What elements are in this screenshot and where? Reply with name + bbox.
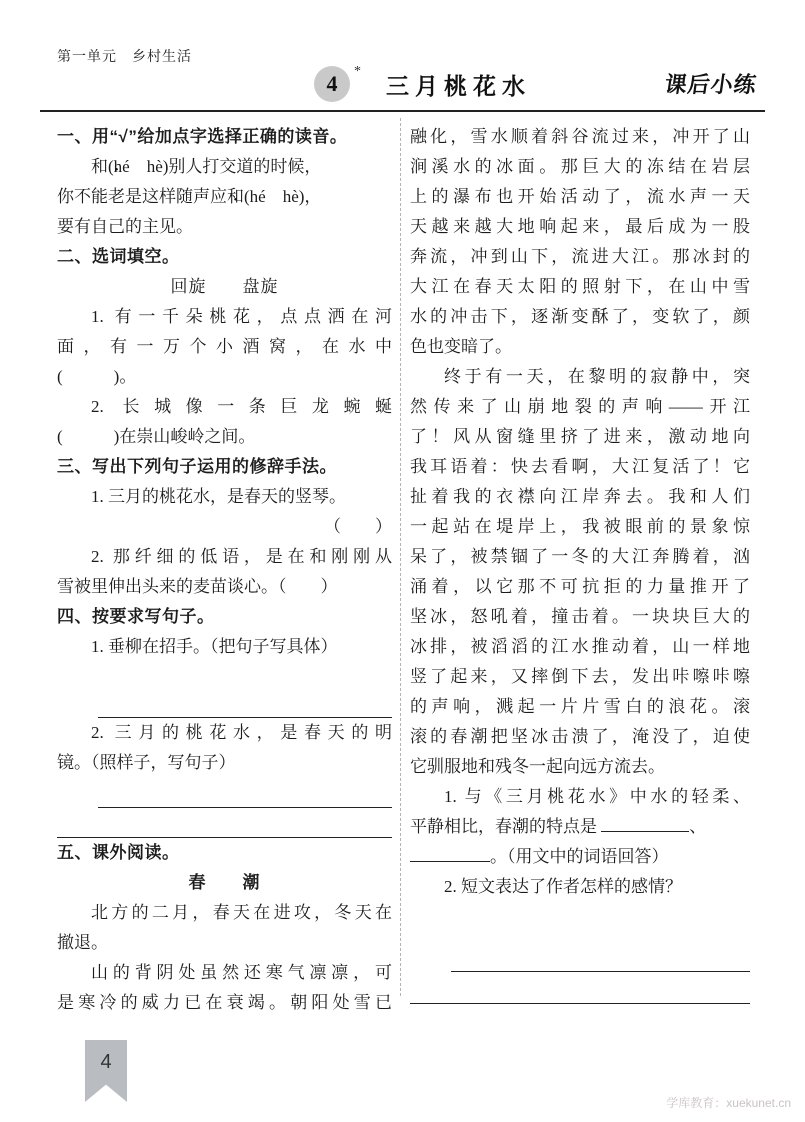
- answer-line: [98, 688, 392, 718]
- text-line: 大江在春天太阳的照射下，在山中雪: [410, 272, 750, 302]
- text-line: 和(hé hè)别人打交道的时候，: [57, 152, 392, 182]
- text-line: 2. 三月的桃花水，是春天的明: [57, 718, 392, 748]
- text-line: 五、课外阅读。: [57, 838, 392, 868]
- text-line: 竖了起来，又摔倒下去，发出咔嚓咔嚓: [410, 662, 750, 692]
- text-line: 。（用文中的词语回答）: [410, 842, 750, 872]
- text-line: 涧溪水的冰面。那巨大的冻结在岩层: [410, 152, 750, 182]
- text-line: 然传来了山崩地裂的声响——开江: [410, 392, 750, 422]
- unit-label: 第一单元 乡村生活: [57, 46, 192, 66]
- page-number-bookmark: 4: [85, 1040, 127, 1102]
- lesson-star-mark: *: [354, 64, 361, 80]
- text-line: 终于有一天，在黎明的寂静中，突: [410, 362, 750, 392]
- text-line: 融化，雪水顺着斜谷流过来，冲开了山: [410, 122, 750, 152]
- text-line: 撤退。: [57, 928, 392, 958]
- text-line: 山的背阴处虽然还寒气凛凛，可: [57, 958, 392, 988]
- watermark: 学库教育：xuekunet.cn: [666, 1094, 791, 1111]
- column-divider: [400, 118, 401, 996]
- text-line: 涌着，以它那不可抗拒的力量推开了: [410, 572, 750, 602]
- lesson-title: 三月桃花水: [386, 68, 531, 101]
- text-line: 镜。（照样子，写句子）: [57, 748, 392, 778]
- text-line: 1. 与《三月桃花水》中水的轻柔、: [410, 782, 750, 812]
- text-span: (hé hè)别人打交道的时候，: [108, 157, 321, 176]
- text-line: 雪被里伸出头来的麦苗谈心。（ ）: [57, 572, 392, 602]
- text-span: 、: [689, 817, 706, 836]
- text-line: 天越来越大地响起来，最后成为一股: [410, 212, 750, 242]
- text-span: (hé hè)，: [244, 187, 321, 206]
- lesson-header: 4 * 三月桃花水 课后小练: [0, 64, 805, 108]
- right-column: 融化，雪水顺着斜谷流过来，冲开了山涧溪水的冰面。那巨大的冻结在岩层上的瀑布也开始…: [410, 122, 750, 1004]
- text-line: 二、选词填空。: [57, 242, 392, 272]
- text-span: 。（用文中的词语回答）: [490, 847, 669, 866]
- text-line: 2. 那纤细的低语，是在和刚刚从: [57, 542, 392, 572]
- text-line: 坚冰，怒吼着，撞击着。一块块巨大的: [410, 602, 750, 632]
- inline-blank: [601, 816, 689, 832]
- text-line: 1. 三月的桃花水，是春天的竖琴。: [57, 482, 392, 512]
- text-line: 平静相比，春潮的特点是 、: [410, 812, 750, 842]
- text-line: 我耳语着：快去看啊，大江复活了！它: [410, 452, 750, 482]
- answer-line: [98, 778, 392, 808]
- answer-line: [410, 974, 750, 1004]
- text-line: 是寒冷的威力已在衰竭。朝阳处雪已: [57, 988, 392, 1018]
- text-span: 平静相比，春潮的特点是: [410, 817, 601, 836]
- text-line: 一起站在堤岸上，我被眼前的景象惊: [410, 512, 750, 542]
- text-line: 冰排，被滔滔的江水推动着，山一样地: [410, 632, 750, 662]
- text-line: 1. 垂柳在招手。（把句子写具体）: [57, 632, 392, 662]
- text-span: 你不能老是这样随声应: [57, 187, 227, 206]
- answer-line: [451, 942, 750, 972]
- text-line: 三、写出下列句子运用的修辞手法。: [57, 452, 392, 482]
- text-line: 它驯服地和残冬一起向远方流去。: [410, 752, 750, 782]
- text-line: 2. 长城像一条巨龙蜿蜒: [57, 392, 392, 422]
- text-line: （ ）: [57, 512, 392, 542]
- text-line: 呆了，被禁锢了一冬的大江奔腾着，汹: [410, 542, 750, 572]
- text-line: ( )在崇山峻岭之间。: [57, 422, 392, 452]
- text-line: 1. 有一千朵桃花，点点洒在河: [57, 302, 392, 332]
- emphasized-char: 和: [227, 187, 244, 206]
- text-line: 要有自己的主见。: [57, 212, 392, 242]
- text-line: 2. 短文表达了作者怎样的感情？: [410, 872, 750, 902]
- text-line: 回旋 盘旋: [57, 272, 392, 302]
- inline-blank: [410, 846, 490, 862]
- text-line: 春 潮: [57, 868, 392, 898]
- text-line: 扯着我的衣襟向江岸奔去。我和人们: [410, 482, 750, 512]
- text-line: 四、按要求写句子。: [57, 602, 392, 632]
- brand-logo: 课后小练: [663, 68, 759, 99]
- text-line: 的声响，溅起一片片雪白的浪花。滚: [410, 692, 750, 722]
- text-line: 一、用“√”给加点字选择正确的读音。: [57, 122, 392, 152]
- text-line: 面，有一万个小酒窝，在水中: [57, 332, 392, 362]
- header-divider-line: [40, 110, 765, 112]
- worksheet-page: 第一单元 乡村生活 4 * 三月桃花水 课后小练 一、用“√”给加点字选择正确的…: [0, 0, 805, 1122]
- text-line: 色也变暗了。: [410, 332, 750, 362]
- text-line: 了！风从窗缝里挤了进来，激动地向: [410, 422, 750, 452]
- text-line: ( )。: [57, 362, 392, 392]
- text-line: 滚的春潮把坚冰击溃了，淹没了，迫使: [410, 722, 750, 752]
- lesson-number-badge: 4: [314, 66, 350, 102]
- text-line: 水的冲击下，逐渐变酥了，变软了，颜: [410, 302, 750, 332]
- emphasized-char: 和: [91, 157, 108, 176]
- text-line: 你不能老是这样随声应和(hé hè)，: [57, 182, 392, 212]
- left-column: 一、用“√”给加点字选择正确的读音。和(hé hè)别人打交道的时候，你不能老是…: [57, 122, 392, 1018]
- text-line: 上的瀑布也开始活动了，流水声一天: [410, 182, 750, 212]
- text-line: 北方的二月，春天在进攻，冬天在: [57, 898, 392, 928]
- text-line: 奔流，冲到山下，流进大江。那冰封的: [410, 242, 750, 272]
- answer-line: [57, 808, 392, 838]
